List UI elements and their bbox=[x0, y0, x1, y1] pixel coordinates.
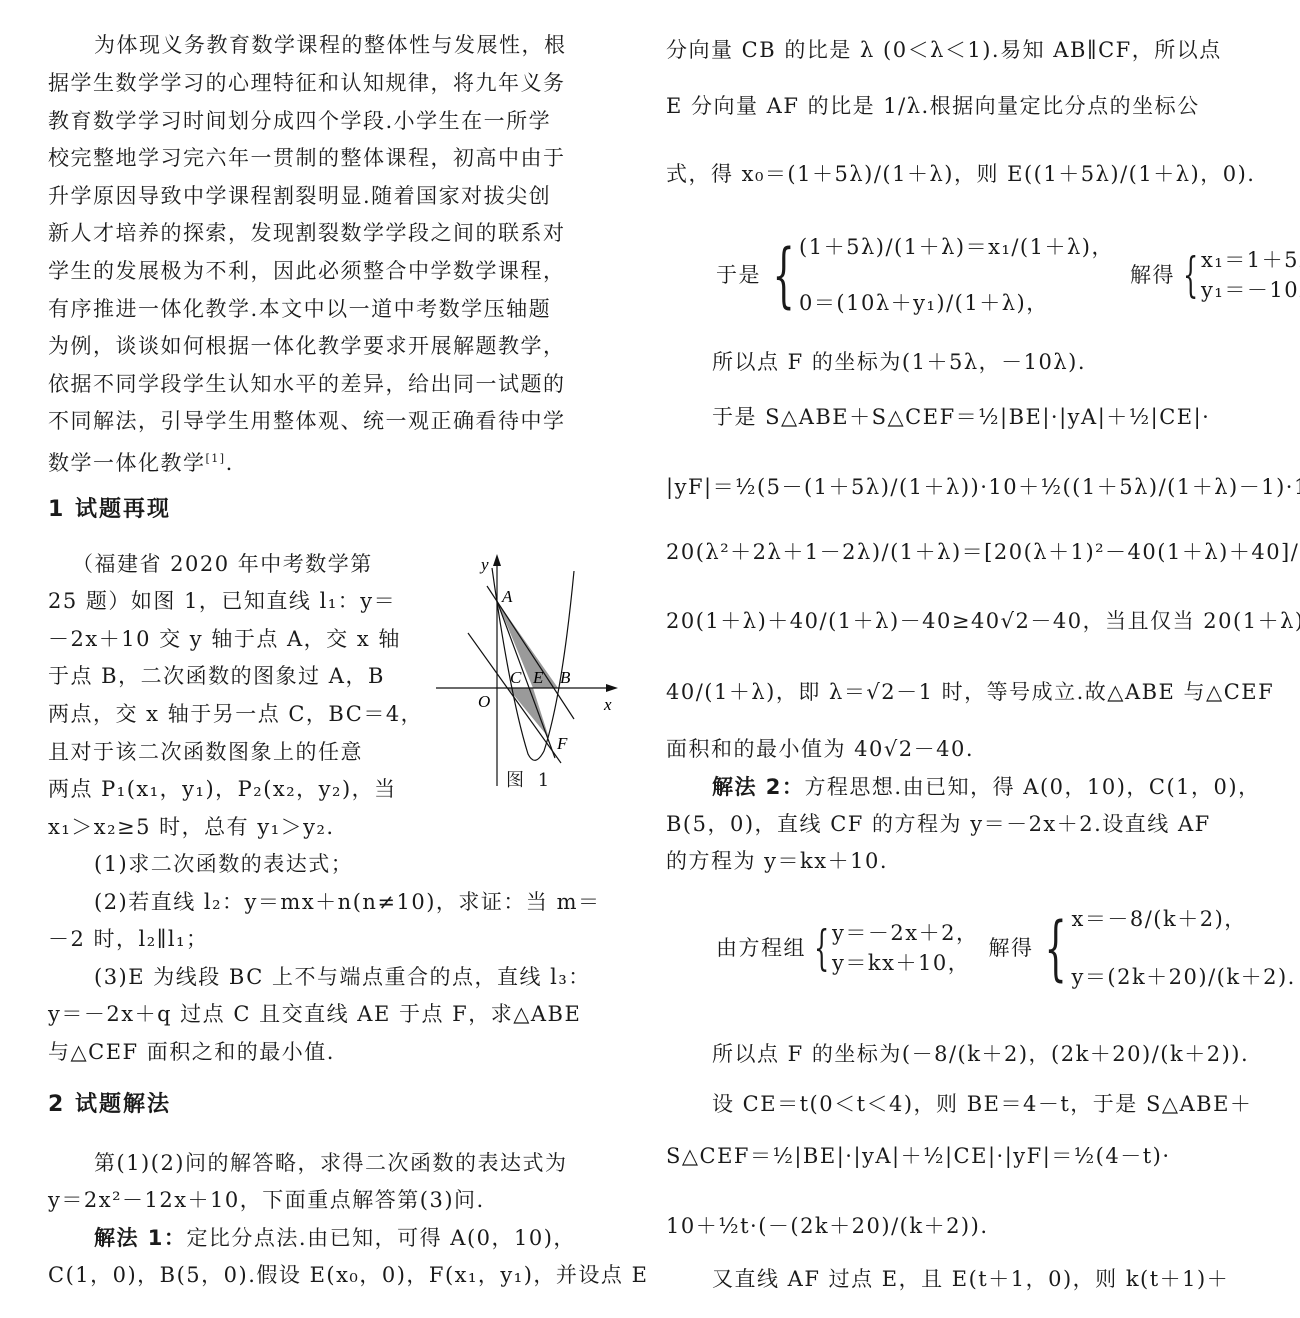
label-c: C bbox=[510, 668, 522, 687]
figure-caption: 图 1 bbox=[506, 766, 553, 792]
system-eq-1: (1＋5λ)/(1＋λ)＝x₁/(1＋λ)， bbox=[799, 219, 1114, 275]
intro-line: 新人才培养的探索，发现割裂数学学段之间的联系对 bbox=[48, 219, 616, 247]
area-line: 40/(1＋λ)，即 λ＝√2－1 时，等号成立.故△ABE 与△CEF bbox=[666, 678, 1274, 706]
system-of-equations-2: 由方程组 { y＝－2x＋2， y＝kx＋10， 解得 { x＝－8/(k＋2)… bbox=[716, 885, 1296, 1010]
area-line: |yF|＝½(5－(1＋5λ)/(1＋λ))·10＋½((1＋5λ)/(1＋λ)… bbox=[666, 473, 1300, 501]
problem-line: （福建省 2020 年中考数学第 bbox=[48, 550, 410, 578]
label-y: y bbox=[479, 555, 489, 574]
intro-line: 教育数学学习时间划分成四个学段.小学生在一所学 bbox=[48, 107, 616, 135]
method1-cont-line: 式，得 x₀＝(1＋5λ)/(1＋λ)，则 E((1＋5λ)/(1＋λ)，0). bbox=[666, 160, 1255, 188]
area-line: 面积和的最小值为 40√2－40. bbox=[666, 735, 974, 763]
problem-line: 两点 P₁(x₁，y₁)，P₂(x₂，y₂)，当 bbox=[48, 775, 410, 803]
label-e: E bbox=[532, 668, 544, 687]
left-brace-icon: { bbox=[1045, 918, 1068, 978]
f-coordinate-line: 所以点 F 的坐标为(－8/(k＋2)，(2k＋20)/(k＋2)). bbox=[666, 1040, 1249, 1068]
left-brace-icon: { bbox=[1183, 245, 1199, 305]
label-f: F bbox=[556, 734, 568, 753]
intro-line: 有序推进一体化教学.本文中以一道中考数学压轴题 bbox=[48, 295, 616, 323]
area-line: 20(1＋λ)＋40/(1＋λ)－40≥40√2－40，当且仅当 20(1＋λ)… bbox=[666, 607, 1300, 635]
period: . bbox=[226, 451, 234, 475]
intro-line: 不同解法，引导学生用整体观、统一观正确看待中学 bbox=[48, 407, 616, 435]
problem-line: 25 题）如图 1，已知直线 l₁：y＝ bbox=[48, 587, 410, 615]
section-heading-1: 1 试题再现 bbox=[48, 496, 171, 524]
intro-line: 据学生数学学习的心理特征和认知规律，将九年义务 bbox=[48, 69, 616, 97]
label-a: A bbox=[501, 587, 513, 606]
triangle-abe bbox=[497, 601, 558, 688]
label-b: B bbox=[560, 668, 571, 687]
question-1: (1)求二次函数的表达式； bbox=[48, 850, 353, 878]
area-line: S△CEF＝½|BE|·|yA|＋½|CE|·|yF|＝½(4－t)· bbox=[666, 1142, 1171, 1170]
y-axis-arrow-icon bbox=[493, 554, 501, 566]
problem-line: 两点，交 x 轴于另一点 C，BC＝4， bbox=[48, 700, 410, 728]
f-coordinate-line: 所以点 F 的坐标为(1＋5λ，－10λ). bbox=[666, 348, 1086, 376]
intro-line: 依据不同学段学生认知水平的差异，给出同一试题的 bbox=[48, 370, 616, 398]
problem-line: 于点 B，二次函数的图象过 A，B bbox=[48, 662, 410, 690]
method2-text: 方程思想.由已知，得 A(0，10)，C(1，0)， bbox=[804, 773, 1260, 801]
intro-line: 为例，谈谈如何根据一体化教学要求开展解题教学， bbox=[48, 332, 616, 360]
left-brace-icon: { bbox=[773, 245, 796, 305]
intro-line: 校完整地学习完六年一贯制的整体课程，初高中由于 bbox=[48, 144, 616, 172]
problem-line: 且对于该二次函数图象上的任意 bbox=[48, 738, 410, 766]
label-o: O bbox=[478, 692, 490, 711]
method1-cont-line: E 分向量 AF 的比是 1/λ.根据向量定比分点的坐标公 bbox=[666, 92, 1236, 120]
intro-line: 为体现义务教育数学课程的整体性与发展性，根 bbox=[48, 31, 616, 59]
method1-line: C(1，0)，B(5，0).假设 E(x₀，0)，F(x₁，y₁)，并设点 E bbox=[48, 1261, 616, 1289]
solution-intro-line: y＝2x²－12x＋10，下面重点解答第(3)问. bbox=[48, 1186, 485, 1214]
solve-label: 解得 bbox=[988, 934, 1033, 962]
solution-intro-line: 第(1)(2)问的解答略，求得二次函数的表达式为 bbox=[48, 1149, 616, 1177]
solution-1: x＝－8/(k＋2)， bbox=[1072, 890, 1296, 948]
intro-text: 数学一体化教学 bbox=[48, 451, 206, 475]
method1-text: 定比分点法.由已知，可得 A(0，10)， bbox=[186, 1224, 616, 1252]
solution-1: x₁＝1＋5λ， bbox=[1201, 245, 1300, 275]
left-brace-icon: { bbox=[814, 918, 830, 978]
citation: [1] bbox=[206, 452, 226, 465]
figure-1-graph: y A C E B O x F bbox=[432, 546, 622, 796]
problem-line: x₁＞x₂≥5 时，总有 y₁＞y₂. bbox=[48, 813, 335, 841]
method2-title: 解法 2： bbox=[712, 773, 804, 801]
system-prefix: 于是 bbox=[716, 261, 761, 289]
label-x: x bbox=[603, 695, 612, 714]
system-eq-2: y＝kx＋10， bbox=[832, 948, 978, 978]
question-3-cont: y＝－2x＋q 过点 C 且交直线 AE 于点 F，求△ABE bbox=[48, 1000, 616, 1028]
problem-line: －2x＋10 交 y 轴于点 A，交 x 轴 bbox=[48, 625, 410, 653]
solution-2: y₁＝－10λ. bbox=[1201, 275, 1300, 305]
solve-label: 解得 bbox=[1130, 261, 1175, 289]
intro-line: 学生的发展极为不利，因此必须整合中学数学课程， bbox=[48, 257, 616, 285]
question-2-cont: －2 时，l₂∥l₁； bbox=[48, 925, 209, 953]
method1-title: 解法 1： bbox=[94, 1224, 186, 1252]
method2-line: 解法 2： 方程思想.由已知，得 A(0，10)，C(1，0)， bbox=[666, 773, 1236, 801]
intro-line: 升学原因导致中学课程割裂明显.随着国家对拔尖创 bbox=[48, 182, 616, 210]
question-3: (3)E 为线段 BC 上不与端点重合的点，直线 l₃： bbox=[48, 963, 616, 991]
triangle-cef bbox=[508, 688, 549, 738]
area-line: 10＋½t·(－(2k＋20)/(k＋2)). bbox=[666, 1212, 989, 1240]
question-3-cont: 与△CEF 面积之和的最小值. bbox=[48, 1038, 335, 1066]
area-line: 20(λ²＋2λ＋1－2λ)/(1＋λ)＝[20(λ＋1)²－40(1＋λ)＋4… bbox=[666, 538, 1300, 566]
solution-2: y＝(2k＋20)/(k＋2). bbox=[1072, 948, 1296, 1006]
method1-cont-line: 分向量 CB 的比是 λ (0＜λ＜1).易知 AB∥CF，所以点 bbox=[666, 36, 1236, 64]
area-line: 又直线 AF 过点 E，且 E(t＋1，0)，则 k(t＋1)＋ bbox=[666, 1265, 1229, 1293]
x-axis-arrow-icon bbox=[606, 684, 618, 692]
area-line: 设 CE＝t(0＜t＜4)，则 BE＝4－t，于是 S△ABE＋ bbox=[666, 1090, 1252, 1118]
system-prefix: 由方程组 bbox=[716, 934, 806, 962]
method1-line: 解法 1： 定比分点法.由已知，可得 A(0，10)， bbox=[48, 1224, 616, 1252]
question-2: (2)若直线 l₂：y＝mx＋n(n≠10)，求证：当 m＝ bbox=[48, 888, 616, 916]
system-of-equations-1: 于是 { (1＋5λ)/(1＋λ)＝x₁/(1＋λ)， 0＝(10λ＋y₁)/(… bbox=[716, 215, 1300, 335]
area-line: 于是 S△ABE＋S△CEF＝½|BE|·|yA|＋½|CE|· bbox=[666, 403, 1210, 431]
method2-line: 的方程为 y＝kx＋10. bbox=[666, 847, 888, 875]
system-eq-2: 0＝(10λ＋y₁)/(1＋λ)， bbox=[799, 275, 1114, 331]
section-heading-2: 2 试题解法 bbox=[48, 1091, 171, 1119]
method2-line: B(5，0)，直线 CF 的方程为 y＝－2x＋2.设直线 AF bbox=[666, 810, 1236, 838]
intro-last-line: 数学一体化教学[1]. bbox=[48, 445, 234, 477]
system-eq-1: y＝－2x＋2， bbox=[832, 918, 978, 948]
